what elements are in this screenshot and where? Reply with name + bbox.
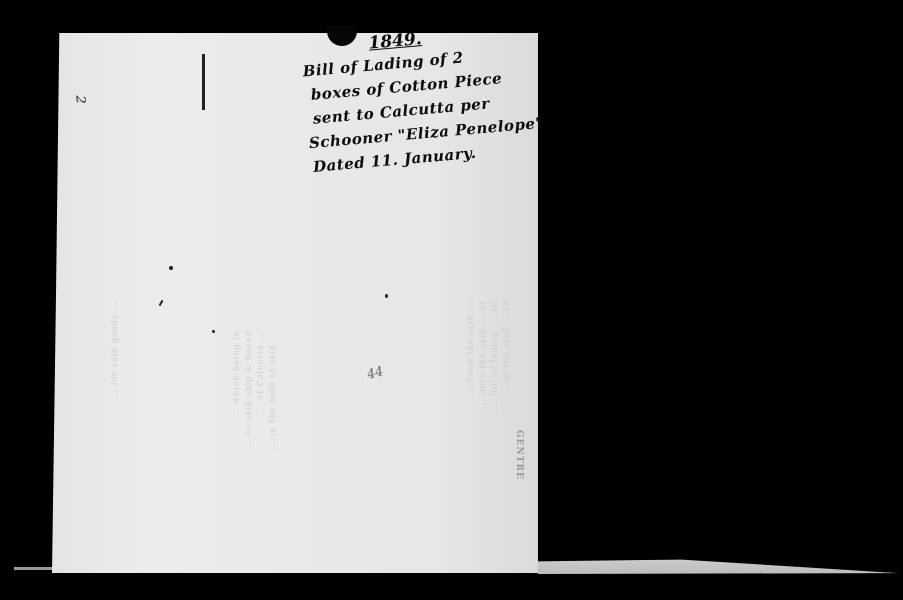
ink-dot — [169, 266, 173, 270]
bleed-through-text: ... unto the said ... or — [478, 300, 488, 409]
handwritten-docket: 1849. Bill of Lading of 2 boxes of Cotto… — [296, 18, 557, 179]
bleed-through-text: ... which being in — [232, 330, 242, 418]
bleed-through-text: ... to said ship & bound — [244, 330, 254, 448]
ink-dot — [385, 294, 388, 298]
bleed-through-text: ... of the said ... to — [502, 300, 512, 395]
archive-stamp: GENTRE — [514, 430, 524, 480]
ink-mark — [202, 54, 205, 110]
bleed-through-text: ... bill of lading ... all — [490, 300, 500, 410]
margin-note: 2 — [73, 95, 88, 103]
ink-dot — [212, 330, 215, 333]
paper-edge-left — [14, 567, 54, 570]
bleed-through-text: ... in the hold of said ... — [268, 330, 278, 450]
bleed-through-text: ... for said goods ... — [110, 300, 120, 400]
bleed-through-text: ... of Calcutta ... — [256, 330, 266, 414]
bleed-through-text: ... from the said ... — [466, 300, 476, 395]
